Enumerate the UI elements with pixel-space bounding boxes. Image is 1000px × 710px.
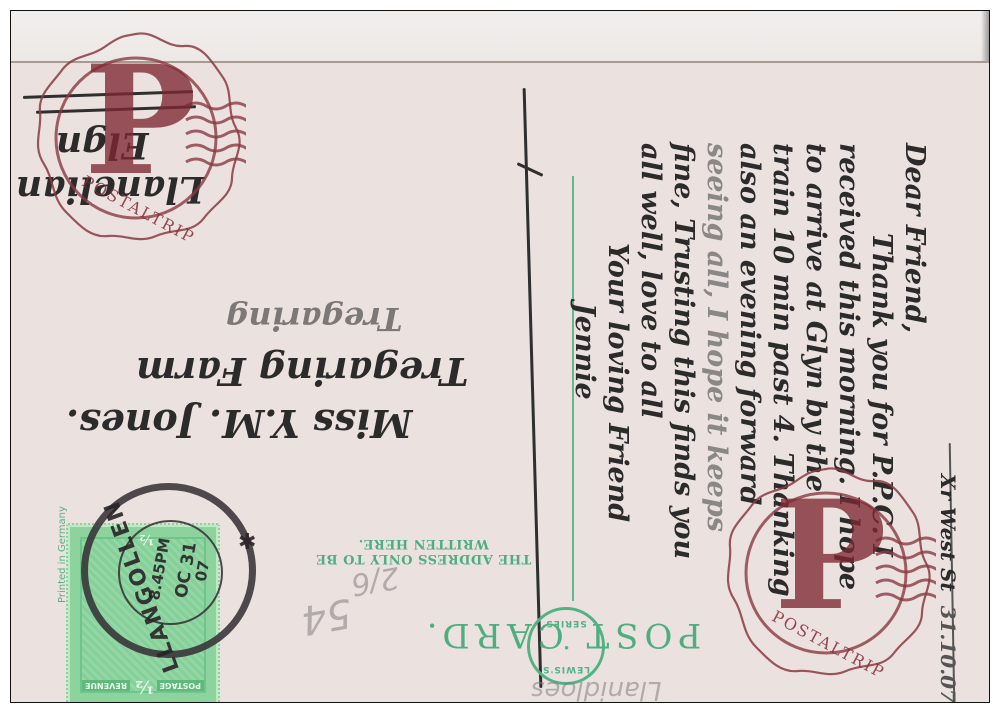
postmark-year: 07 [192,559,213,583]
message-line: fine, Trusting this finds you [667,143,700,703]
pen-tick-mark [517,162,544,177]
address-line: Tregaring [46,293,506,345]
stamp-label-right: REVENUE [82,680,130,691]
postmark-star-icon: ✱ [238,530,256,555]
postcard-address-side: THE ADDRESS ONLY TO BE WRITTEN HERE. POS… [11,61,990,703]
postcard-scan: THE ADDRESS ONLY TO BE WRITTEN HERE. POS… [10,10,990,703]
pencil-price: 2/6 [348,559,402,602]
printed-address-instruction: THE ADDRESS ONLY TO BE WRITTEN HERE. [296,536,551,566]
printed-in-germany: Printed in Germany [57,506,68,603]
watermark-letter: P [774,481,887,631]
pencil-number: 54 [297,589,355,643]
stamp-value: ½ [135,676,154,697]
address-line: Tregaring Farm [46,345,506,397]
llangollen-postmark: LLANGOLLEN 8.45PM OC 31 07 ✱ [81,483,256,658]
watermark-letter: P [84,46,197,196]
stamp-label-left: POSTAGE [157,680,204,691]
message-line: all well, love to all [634,143,667,703]
address-line: Miss Y.M. Jones. [46,397,506,449]
message-date: 31.10.07 [936,606,960,703]
address-instruction-line-2: WRITTEN HERE. [296,536,551,551]
postaltrip-watermark: P POSTALTRIP [26,28,246,248]
pen-divider-line [523,88,543,688]
message-address-header: Xr West St [936,474,960,592]
handwritten-address: Miss Y.M. Jones. Tregaring Farm Tregarin… [46,293,506,449]
postaltrip-watermark: P POSTALTRIP [716,463,936,683]
message-line: Your loving Friend [601,143,634,703]
pencil-bottom-note: Llanidloes [531,675,662,703]
message-signature: Jennie [568,143,601,703]
address-instruction-line-1: THE ADDRESS ONLY TO BE [296,551,551,566]
